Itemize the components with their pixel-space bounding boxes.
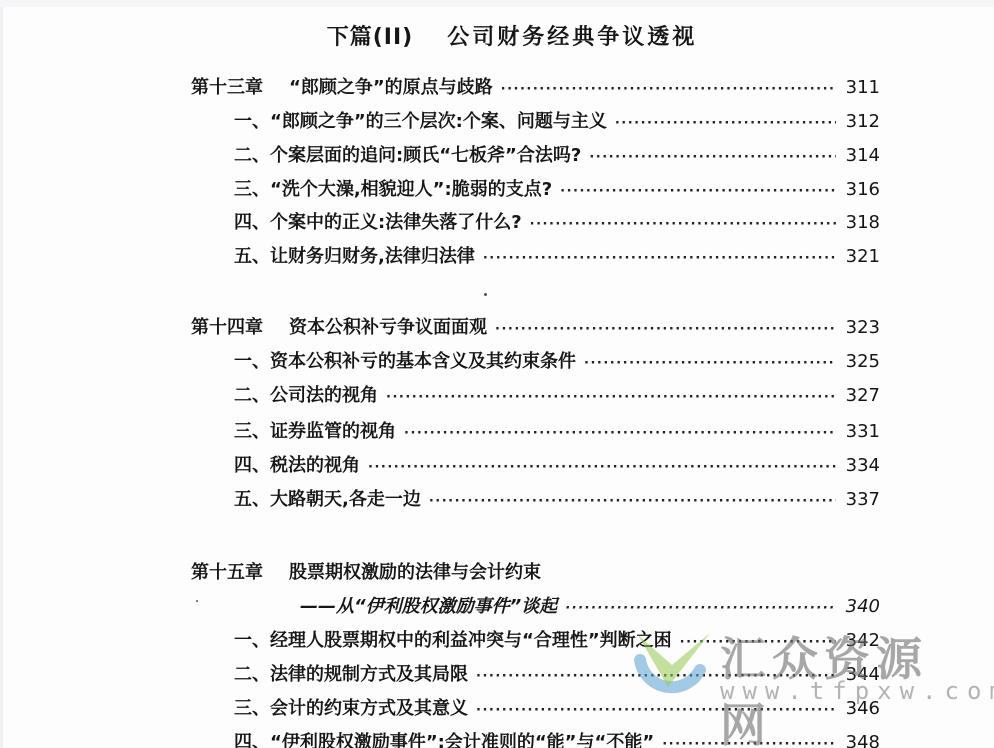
dot-leader bbox=[429, 494, 836, 509]
page-number: 340 bbox=[844, 596, 880, 617]
dot-leader bbox=[662, 737, 836, 748]
page-number: 325 bbox=[844, 351, 880, 372]
dot-leader bbox=[584, 356, 836, 371]
page-number: 334 bbox=[844, 455, 880, 476]
entry-label: 一、经理人股票期权中的利益冲突与“合理性”判断之困 bbox=[234, 626, 672, 652]
toc-entry[interactable]: 一、经理人股票期权中的利益冲突与“合理性”判断之困 342 bbox=[234, 626, 880, 652]
dot-leader bbox=[404, 426, 836, 441]
dot-leader bbox=[615, 116, 836, 131]
page-number: 314 bbox=[844, 145, 880, 166]
toc-entry[interactable]: 一、资本公积补亏的基本含义及其约束条件 325 bbox=[234, 347, 880, 373]
dot-leader bbox=[368, 460, 836, 475]
dot-leader bbox=[483, 251, 836, 266]
toc-entry[interactable]: 二、法律的规制方式及其局限 344 bbox=[234, 660, 880, 686]
dot-leader bbox=[589, 150, 836, 165]
page-number: 342 bbox=[844, 630, 880, 651]
entry-label: 四、个案中的正义:法律失落了什么? bbox=[234, 208, 522, 234]
chapter-subtitle: ——从“伊利股权激励事件”谈起 bbox=[300, 592, 557, 618]
toc-entry[interactable]: 三、“洗个大澡,相貌迎人”:脆弱的支点? 316 bbox=[234, 175, 880, 201]
dot-leader bbox=[476, 703, 836, 718]
entry-label: 一、资本公积补亏的基本含义及其约束条件 bbox=[234, 347, 576, 373]
page-number: 337 bbox=[844, 489, 880, 510]
chapter-number: 第十三章 bbox=[191, 77, 263, 98]
page-number: 331 bbox=[844, 421, 880, 442]
entry-label: 三、“洗个大澡,相貌迎人”:脆弱的支点? bbox=[234, 175, 552, 201]
dot-leader bbox=[680, 635, 836, 650]
page-number: 346 bbox=[844, 698, 880, 719]
toc-entry[interactable]: 四、个案中的正义:法律失落了什么? 318 bbox=[234, 208, 880, 234]
toc-chapter-15[interactable]: 第十五章股票期权激励的法律与会计约束 bbox=[191, 558, 880, 584]
toc-entry[interactable]: 二、个案层面的追问:顾氏“七板斧”合法吗? 314 bbox=[234, 141, 880, 167]
entry-label: 五、大路朝天,各走一边 bbox=[234, 485, 421, 511]
entry-label: 四、“伊利股权激励事件”:会计准则的“能”与“不能” bbox=[234, 728, 654, 748]
entry-label: 二、个案层面的追问:顾氏“七板斧”合法吗? bbox=[234, 141, 581, 167]
toc-entry[interactable]: 三、会计的约束方式及其意义 346 bbox=[234, 694, 880, 720]
entry-label: 三、证券监管的视角 bbox=[234, 417, 396, 443]
toc-chapter-13[interactable]: 第十三章“郎顾之争”的原点与歧路 311 bbox=[191, 73, 880, 99]
dot-leader bbox=[495, 322, 836, 337]
chapter-title: “郎顾之争”的原点与歧路 bbox=[289, 77, 493, 98]
page-number: 316 bbox=[844, 179, 880, 200]
chapter-number: 第十四章 bbox=[191, 317, 263, 338]
section-title-text: 公司财务经典争议透视 bbox=[447, 25, 697, 50]
section-heading: 下篇(II)公司财务经典争议透视 bbox=[0, 20, 994, 51]
page-number: 318 bbox=[844, 212, 880, 233]
page-number: 323 bbox=[844, 317, 880, 338]
viewer-top-bar bbox=[0, 0, 994, 7]
toc-entry[interactable]: 四、税法的视角 334 bbox=[234, 451, 880, 477]
toc-entry[interactable]: 四、“伊利股权激励事件”:会计准则的“能”与“不能” 348 bbox=[234, 728, 880, 748]
page-number: 321 bbox=[844, 246, 880, 267]
entry-label: 四、税法的视角 bbox=[234, 451, 360, 477]
entry-label: 二、公司法的视角 bbox=[234, 381, 378, 407]
dot-leader bbox=[476, 669, 836, 684]
toc-chapter-15-subtitle[interactable]: ——从“伊利股权激励事件”谈起 340 bbox=[300, 592, 880, 618]
dot-leader bbox=[386, 390, 836, 405]
dot-leader bbox=[530, 217, 836, 232]
entry-label: 三、会计的约束方式及其意义 bbox=[234, 694, 468, 720]
toc-entry[interactable]: 二、公司法的视角 327 bbox=[234, 381, 880, 407]
chapter-title: 资本公积补亏争议面面观 bbox=[289, 317, 487, 338]
entry-label: 五、让财务归财务,法律归法律 bbox=[234, 242, 475, 268]
dot-leader bbox=[565, 601, 836, 616]
section-part: 下篇(II) bbox=[327, 25, 413, 50]
toc-entry[interactable]: 五、让财务归财务,法律归法律 321 bbox=[234, 242, 880, 268]
toc-entry[interactable]: 一、“郎顾之争”的三个层次:个案、问题与主义 312 bbox=[234, 107, 880, 133]
toc-chapter-14[interactable]: 第十四章资本公积补亏争议面面观 323 bbox=[191, 313, 880, 339]
page-number: 312 bbox=[844, 111, 880, 132]
scan-speck bbox=[196, 600, 198, 602]
toc-entry[interactable]: 三、证券监管的视角 331 bbox=[234, 417, 880, 443]
page-number: 344 bbox=[844, 664, 880, 685]
page-number: 327 bbox=[844, 385, 880, 406]
page-number: 348 bbox=[844, 732, 880, 748]
scan-speck bbox=[484, 293, 487, 296]
entry-label: 二、法律的规制方式及其局限 bbox=[234, 660, 468, 686]
chapter-title: 股票期权激励的法律与会计约束 bbox=[289, 562, 541, 583]
page-number: 311 bbox=[844, 77, 880, 98]
chapter-number: 第十五章 bbox=[191, 562, 263, 583]
entry-label: 一、“郎顾之争”的三个层次:个案、问题与主义 bbox=[234, 107, 607, 133]
toc-entry[interactable]: 五、大路朝天,各走一边 337 bbox=[234, 485, 880, 511]
dot-leader bbox=[560, 184, 836, 199]
dot-leader bbox=[501, 82, 836, 97]
